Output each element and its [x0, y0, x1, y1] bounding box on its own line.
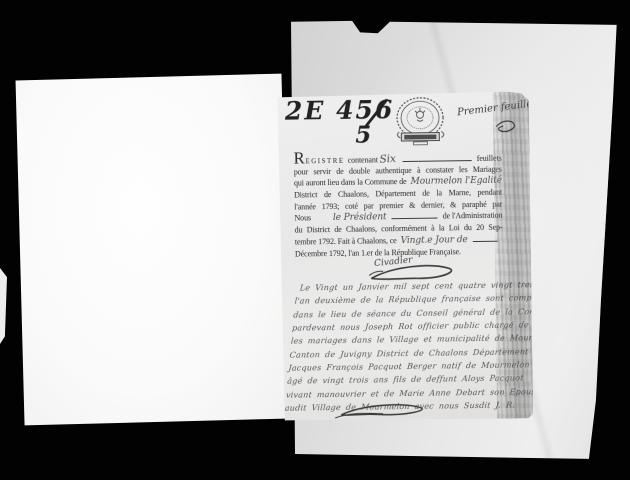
folio-note: Premier feuillet: [457, 98, 537, 118]
blank-page: [16, 74, 291, 426]
cote-subnumber: 5: [355, 123, 371, 146]
cote-annotation: 2E 456 / 5: [285, 97, 395, 124]
register-document: 2E 456 / 5 Premier feuillet R EGISTRE co…: [277, 91, 534, 421]
archive-stamp-icon: [389, 95, 454, 146]
folio-paraph-icon: [493, 117, 519, 133]
fill-rule: [403, 160, 472, 162]
fill-rule: [473, 241, 498, 242]
closing-paraph-icon: [331, 401, 435, 422]
drop-cap: R: [294, 154, 305, 162]
printed-header: R EGISTRE contenant Six feuillets pour s…: [294, 152, 503, 260]
fill-rule: [392, 218, 438, 220]
left-page-sliver: [0, 268, 7, 344]
handwritten-fill: Six: [380, 154, 397, 167]
manuscript-entry: Le Vingt un Janvier mil sept cent quatre…: [284, 278, 534, 415]
scan-stage: 2E 456 / 5 Premier feuillet R EGISTRE co…: [0, 0, 630, 480]
